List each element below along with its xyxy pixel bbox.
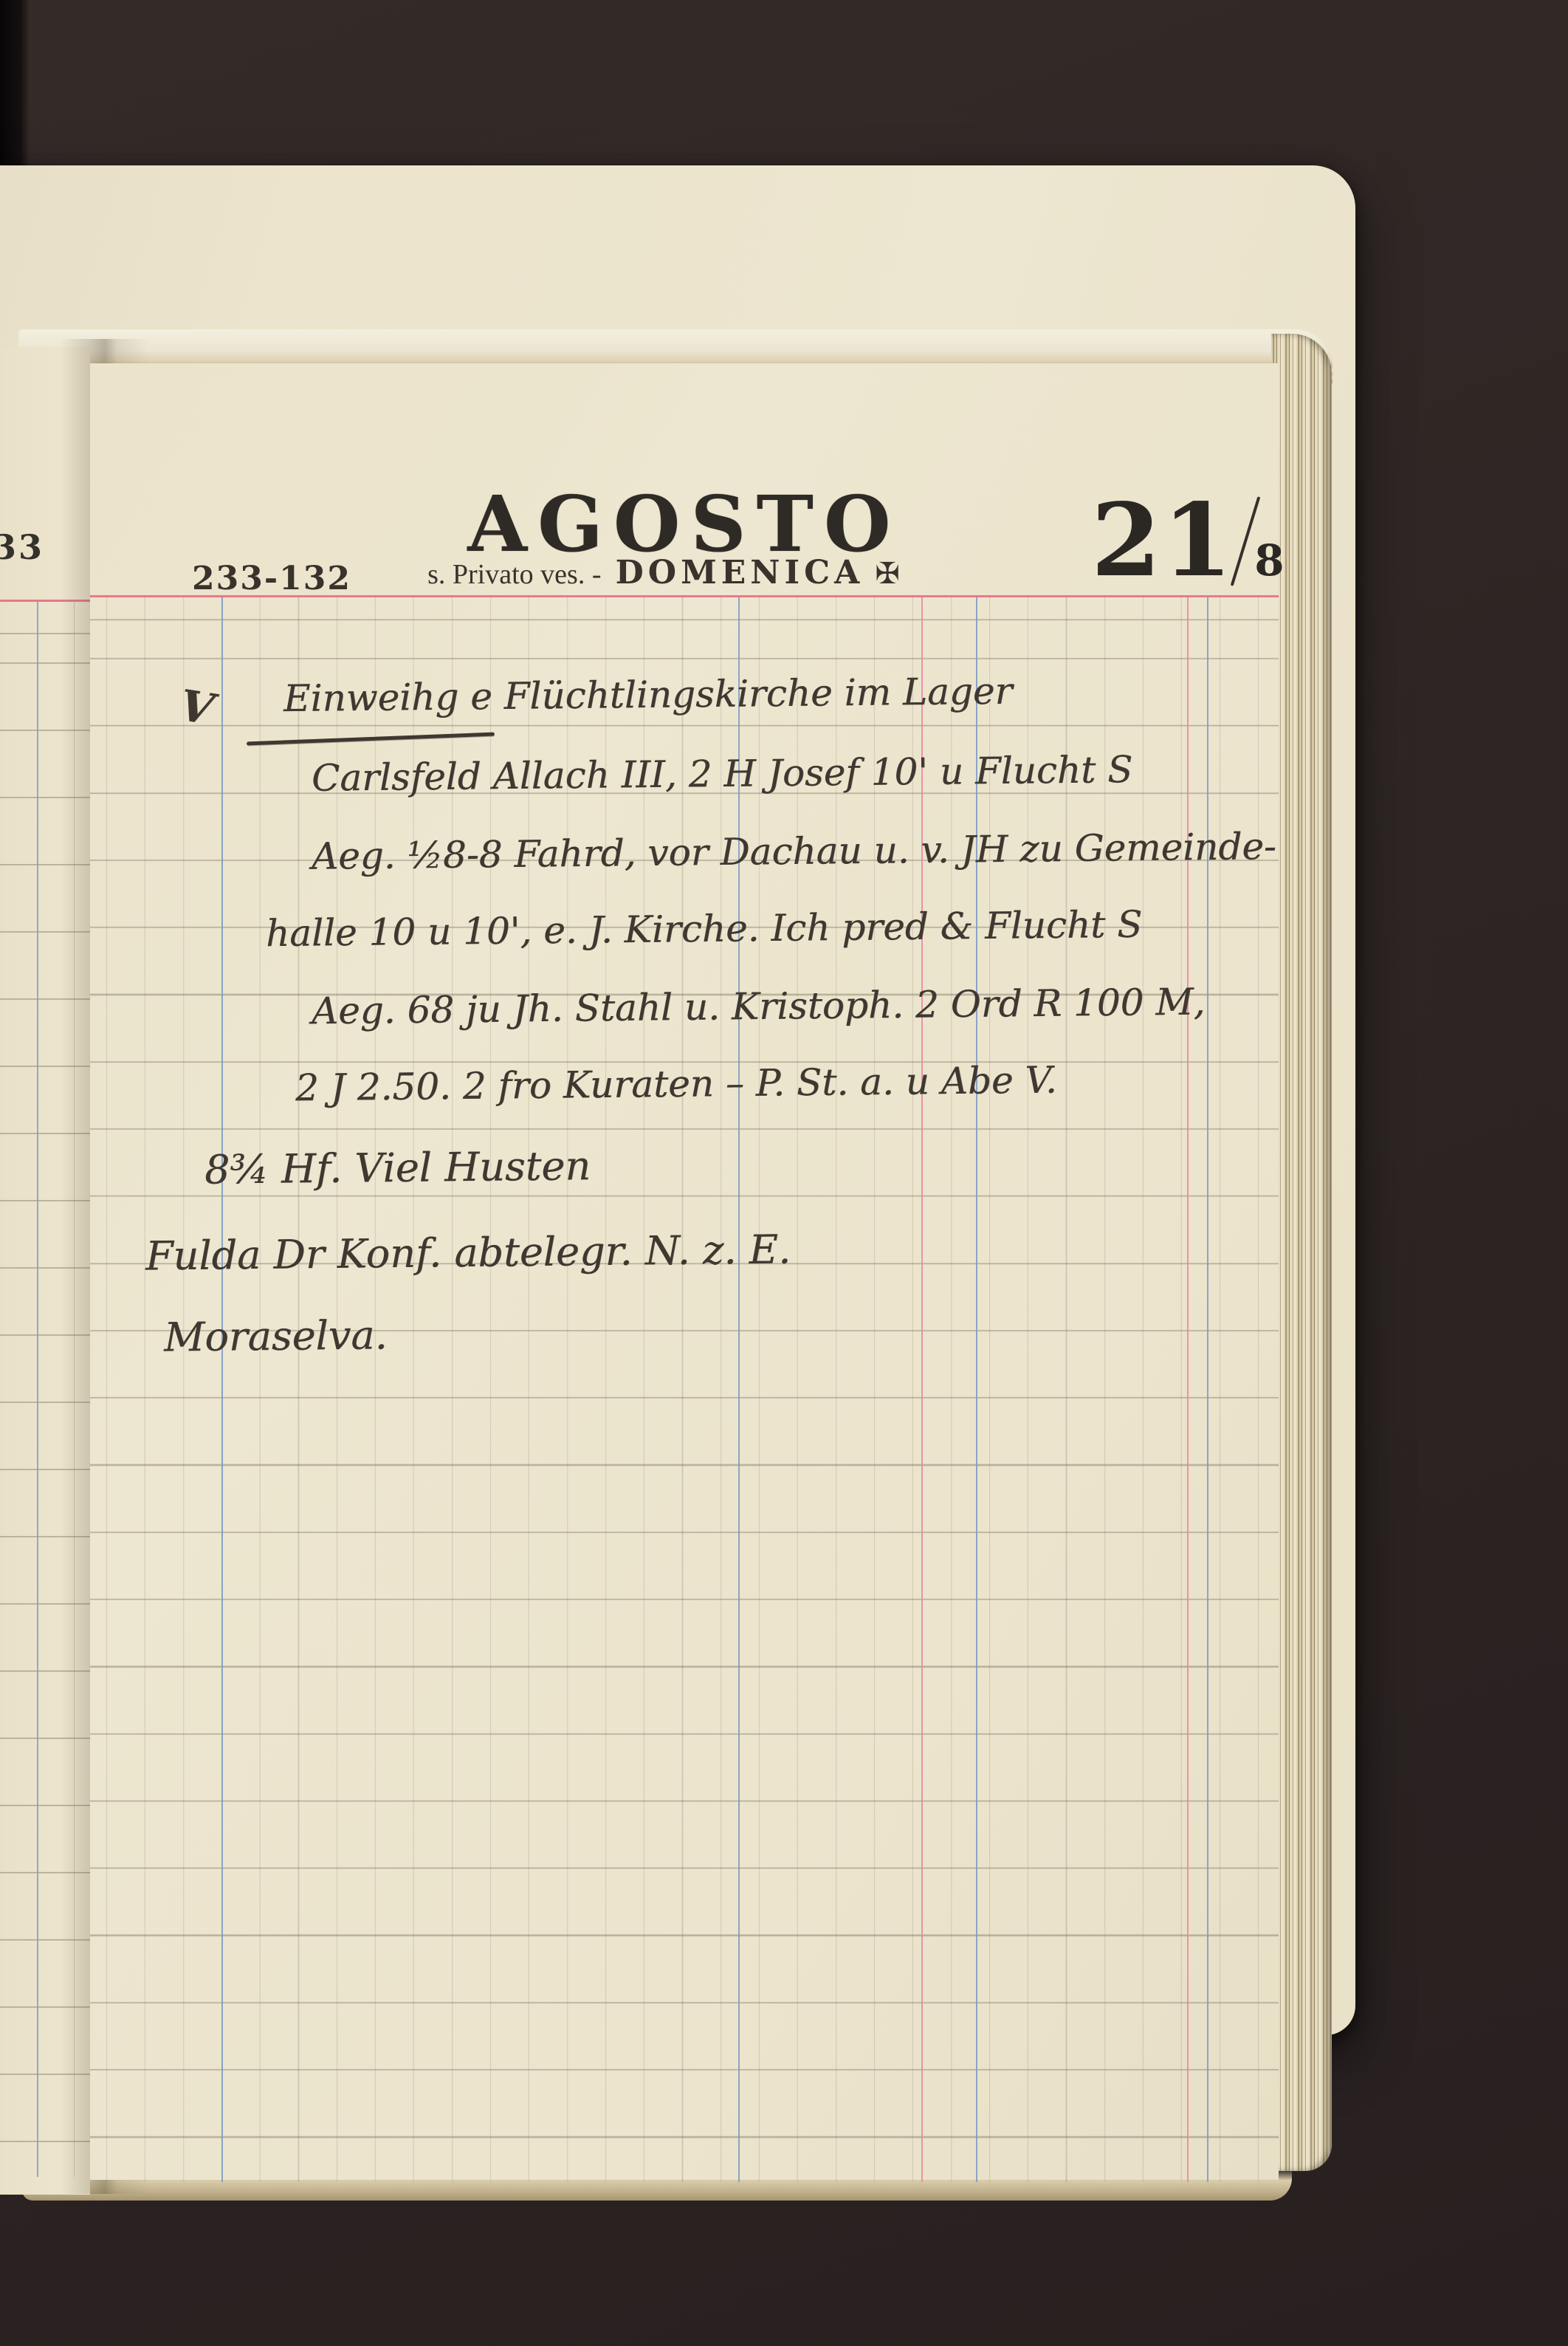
previous-page-number-fragment: 33 — [0, 527, 44, 567]
handwriting-line: Einweihg e Flüchtlingskirche im Lager — [283, 670, 1013, 720]
date-block: 21 8 — [1091, 490, 1285, 591]
diary-page: AGOSTO 233-132 s. Privato ves. - DOMENIC… — [90, 363, 1279, 2180]
handwriting-line: 2 J 2.50. 2 fro Kuraten – P. St. a. u Ab… — [295, 1059, 1057, 1110]
blue-margin-rule — [37, 602, 38, 2177]
previous-page-fragment: 33 — [0, 347, 90, 2195]
cross-icon: ✠ — [875, 557, 900, 591]
feast-text: s. Privato ves. - — [427, 559, 601, 590]
previous-page-ruling — [0, 600, 90, 2177]
handwriting-line: 8¾ Hf. Viel Husten — [204, 1142, 591, 1193]
scanned-diary-photo: 33 AGOSTO 233-132 s. Privato ves. - DOME… — [0, 0, 1568, 2346]
blue-column-rule — [221, 597, 223, 2182]
handwriting-line: halle 10 u 10', e. J. Kirche. Ich pred &… — [266, 903, 1143, 955]
weekday-name: DOMENICA — [616, 554, 864, 591]
month-number: 8 — [1254, 539, 1284, 582]
handwriting-line: Carlsfeld Allach III, 2 H Josef 10' u Fl… — [312, 748, 1133, 800]
handwriting-line: Moraselva. — [164, 1311, 388, 1360]
diary-book: 33 AGOSTO 233-132 s. Privato ves. - DOME… — [0, 165, 1355, 2035]
gray-column-rule — [74, 602, 75, 2177]
page-stack-fore-edge — [1271, 334, 1332, 2171]
day-number: 21 — [1091, 490, 1234, 591]
handwriting-line: Fulda Dr Konf. abtelegr. N. z. E. — [145, 1226, 791, 1279]
saint-and-day-line: s. Privato ves. - DOMENICA ✠ — [90, 554, 1237, 591]
